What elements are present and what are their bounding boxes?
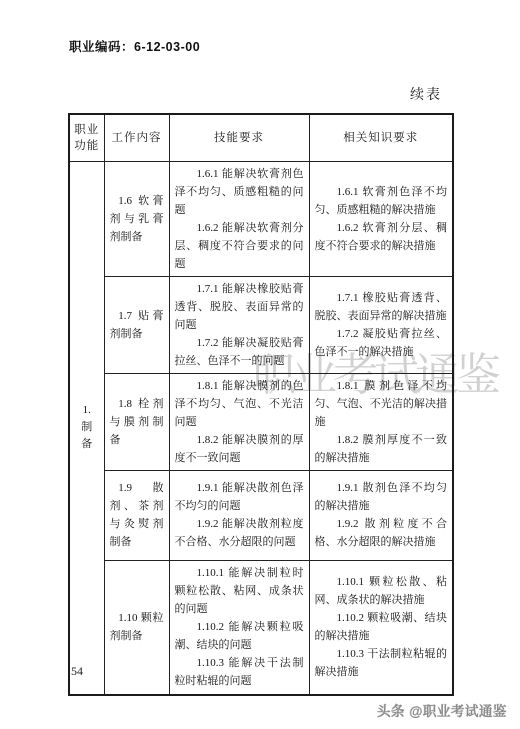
continued-table-label: 续表 (68, 84, 452, 104)
knowledge-item: 1.8.1 膜剂色泽不均匀、气泡、不光洁的解决措施 (315, 377, 448, 431)
skill-requirements-cell: 1.6.1 能解决软膏剂色泽不均匀、质感粗糙的问题 1.6.2 能解决软膏剂分层… (169, 161, 309, 276)
skill-item: 1.10.1 能解决制粒时颗粒松散、粘网、成条状的问题 (175, 564, 304, 618)
skill-item: 1.9.2 能解决散剂粒度不合格、水分超限的问题 (175, 515, 304, 551)
knowledge-item: 1.9.1 散剂色泽不均匀的解决措施 (315, 479, 448, 515)
knowledge-item: 1.10.3 干法制粒粘辊的解决措施 (315, 645, 448, 681)
knowledge-requirements-cell: 1.8.1 膜剂色泽不均匀、气泡、不光洁的解决措施 1.8.2 膜剂厚度不一致的… (309, 373, 453, 470)
skill-item: 1.10.2 能解决颗粒吸潮、结块的问题 (175, 618, 304, 654)
table-row: 1.8 栓剂与膜剂制备 1.8.1 能解决膜剂的色泽不均匀、气泡、不光洁问题 1… (69, 373, 453, 470)
knowledge-item: 1.10.1 颗粒松散、粘网、成条状的解决措施 (315, 573, 448, 609)
function-cell: 1. 制 备 (69, 161, 104, 695)
knowledge-item: 1.7.1 橡胶贴膏透背、脱胶、表面异常的解决措施 (315, 289, 448, 325)
work-content-cell: 1.9 散剂、茶剂与灸熨剂制备 (104, 470, 169, 560)
col-header-knowledge-requirements: 相关知识要求 (309, 114, 453, 161)
work-content-cell: 1.7 贴膏剂制备 (104, 276, 169, 373)
table-row: 1.9 散剂、茶剂与灸熨剂制备 1.9.1 能解决散剂色泽不均匀的问题 1.9.… (69, 470, 453, 560)
knowledge-item: 1.6.2 软膏剂分层、稠度不符合要求的解决措施 (315, 219, 448, 255)
skill-item: 1.10.3 能解决干法制粒时粘辊的问题 (175, 654, 304, 690)
skill-item: 1.9.1 能解决散剂色泽不均匀的问题 (175, 479, 304, 515)
table-row: 1.10 颗粒剂制备 1.10.1 能解决制粒时颗粒松散、粘网、成条状的问题 1… (69, 560, 453, 695)
knowledge-item: 1.7.2 凝胶贴膏拉丝、色泽不一的解决措施 (315, 325, 448, 361)
knowledge-item: 1.8.2 膜剂厚度不一致的解决措施 (315, 431, 448, 467)
document-page: 职业编码：6-12-03-00 续表 职业考试通鉴 职业功能 工作内容 技能要求… (0, 0, 520, 729)
col-header-work-content: 工作内容 (104, 114, 169, 161)
requirements-table: 职业功能 工作内容 技能要求 相关知识要求 1. 制 备 1.6 软膏剂与乳膏剂… (68, 113, 454, 696)
skill-requirements-cell: 1.9.1 能解决散剂色泽不均匀的问题 1.9.2 能解决散剂粒度不合格、水分超… (169, 470, 309, 560)
col-header-skill-requirements: 技能要求 (169, 114, 309, 161)
skill-item: 1.6.1 能解决软膏剂色泽不均匀、质感粗糙的问题 (175, 165, 304, 219)
table-row: 1.7 贴膏剂制备 1.7.1 能解决橡胶贴膏透背、脱胶、表面异常的问题 1.7… (69, 276, 453, 373)
footer-watermark: 头条 @职业考试通鉴 (377, 700, 507, 720)
work-content-cell: 1.8 栓剂与膜剂制备 (104, 373, 169, 470)
knowledge-item: 1.6.1 软膏剂色泽不均匀、质感粗糙的解决措施 (315, 183, 448, 219)
skill-requirements-cell: 1.8.1 能解决膜剂的色泽不均匀、气泡、不光洁问题 1.8.2 能解决膜剂的厚… (169, 373, 309, 470)
table-row: 1. 制 备 1.6 软膏剂与乳膏剂制备 1.6.1 能解决软膏剂色泽不均匀、质… (69, 161, 453, 276)
knowledge-requirements-cell: 1.7.1 橡胶贴膏透背、脱胶、表面异常的解决措施 1.7.2 凝胶贴膏拉丝、色… (309, 276, 453, 373)
table-header-row: 职业功能 工作内容 技能要求 相关知识要求 (69, 114, 453, 161)
skill-item: 1.7.1 能解决橡胶贴膏透背、脱胶、表面异常的问题 (175, 280, 304, 334)
work-content-cell: 1.6 软膏剂与乳膏剂制备 (104, 161, 169, 276)
work-content-cell: 1.10 颗粒剂制备 (104, 560, 169, 695)
skill-requirements-cell: 1.7.1 能解决橡胶贴膏透背、脱胶、表面异常的问题 1.7.2 能解决凝胶贴膏… (169, 276, 309, 373)
knowledge-item: 1.10.2 颗粒吸潮、结块的解决措施 (315, 609, 448, 645)
knowledge-requirements-cell: 1.6.1 软膏剂色泽不均匀、质感粗糙的解决措施 1.6.2 软膏剂分层、稠度不… (309, 161, 453, 276)
skill-item: 1.7.2 能解决凝胶贴膏拉丝、色泽不一的问题 (175, 334, 304, 370)
col-header-occupational-function: 职业功能 (69, 114, 104, 161)
occupation-code-label: 职业编码：6-12-03-00 (69, 37, 200, 55)
knowledge-requirements-cell: 1.9.1 散剂色泽不均匀的解决措施 1.9.2 散剂粒度不合格、水分超限的解决… (309, 470, 453, 560)
skill-item: 1.8.1 能解决膜剂的色泽不均匀、气泡、不光洁问题 (175, 377, 304, 431)
knowledge-requirements-cell: 1.10.1 颗粒松散、粘网、成条状的解决措施 1.10.2 颗粒吸潮、结块的解… (309, 560, 453, 695)
knowledge-item: 1.9.2 散剂粒度不合格、水分超限的解决措施 (315, 515, 448, 551)
skill-item: 1.8.2 能解决膜剂的厚度不一致问题 (175, 431, 304, 467)
skill-requirements-cell: 1.10.1 能解决制粒时颗粒松散、粘网、成条状的问题 1.10.2 能解决颗粒… (169, 560, 309, 695)
skill-item: 1.6.2 能解决软膏剂分层、稠度不符合要求的问题 (175, 219, 304, 273)
